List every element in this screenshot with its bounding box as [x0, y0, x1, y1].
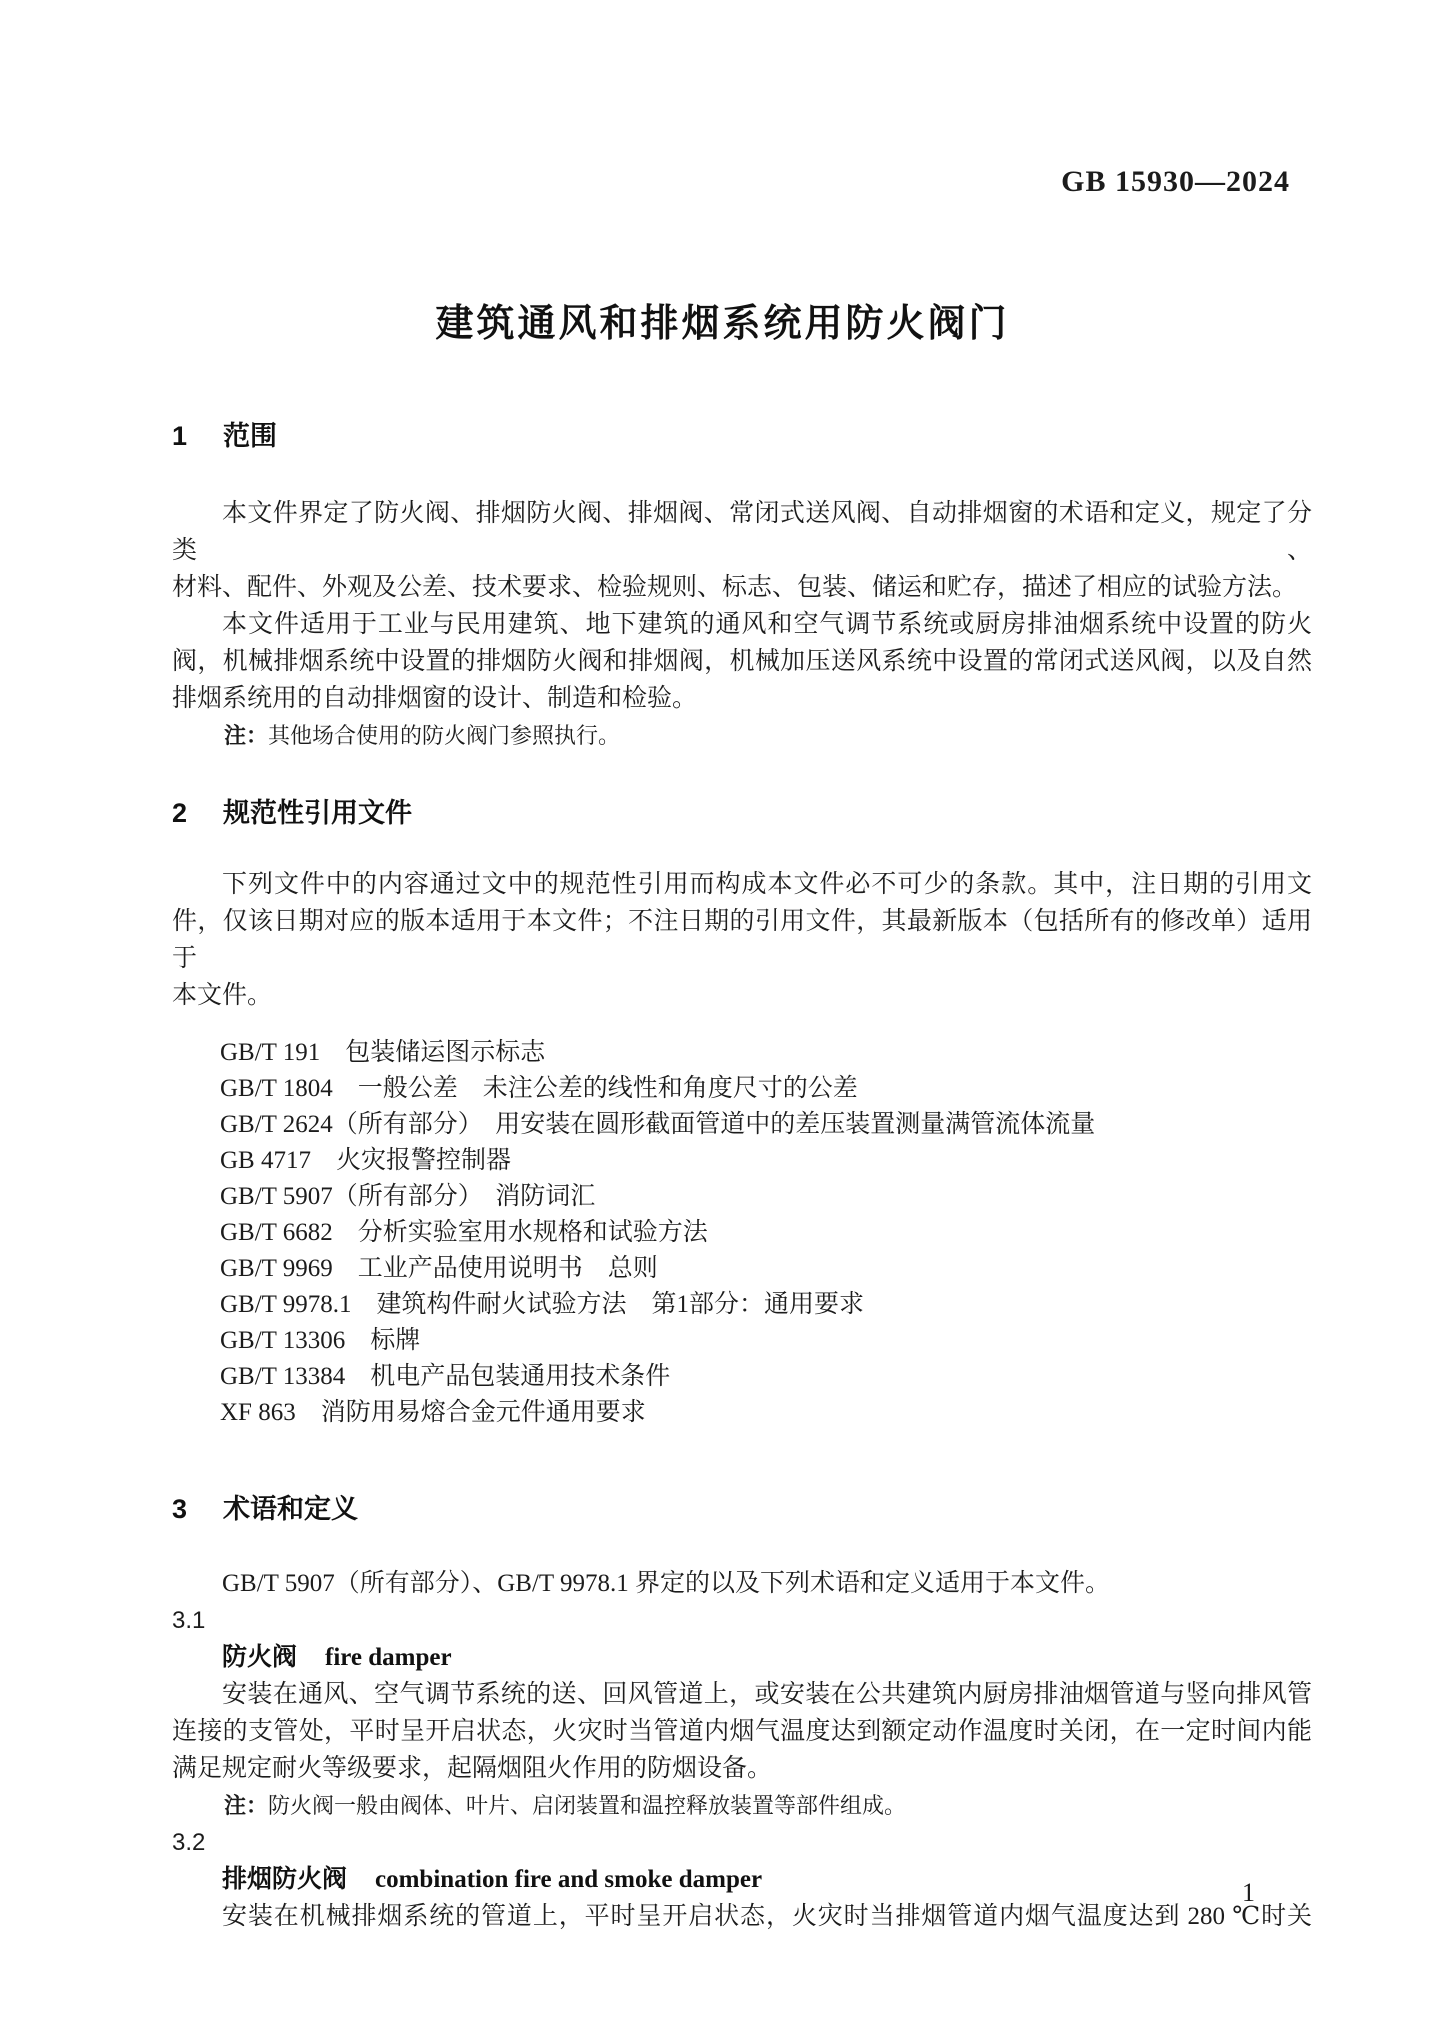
reference-item: XF 863 消防用易熔合金元件通用要求: [172, 1395, 1312, 1431]
clause-number: 3.1: [172, 1602, 1312, 1639]
term-name-en: fire damper: [325, 1644, 452, 1671]
reference-item: GB/T 6682 分析实验室用水规格和试验方法: [172, 1215, 1312, 1251]
terms-intro: GB/T 5907（所有部分）、GB/T 9978.1 界定的以及下列术语和定义…: [172, 1565, 1312, 1602]
section-3-title: 术语和定义: [223, 1494, 358, 1524]
term-heading: 排烟防火阀combination fire and smoke damper: [172, 1861, 1312, 1898]
document-body: 1范围 本文件界定了防火阀、排烟防火阀、排烟阀、常闭式送风阀、自动排烟窗的术语和…: [172, 417, 1312, 1935]
term-definition-line: 安装在机械排烟系统的管道上，平时呈开启状态，火灾时当排烟管道内烟气温度达到 28…: [172, 1898, 1312, 1935]
reference-item: GB/T 13384 机电产品包装通用技术条件: [172, 1359, 1312, 1395]
scope-paragraph-line: 本文件界定了防火阀、排烟防火阀、排烟阀、常闭式送风阀、自动排烟窗的术语和定义，规…: [172, 495, 1312, 569]
note-text: 其他场合使用的防火阀门参照执行。: [268, 723, 620, 748]
reference-item: GB/T 191 包装储运图示标志: [172, 1035, 1312, 1071]
section-2-heading: 2规范性引用文件: [172, 794, 1312, 832]
section-1-number: 1: [172, 417, 187, 455]
note-label: 注：: [224, 1793, 268, 1818]
scope-note: 注：其他场合使用的防火阀门参照执行。: [172, 717, 1312, 754]
section-1-heading: 1范围: [172, 417, 1312, 455]
note-label: 注：: [224, 723, 268, 748]
reference-item: GB/T 13306 标牌: [172, 1323, 1312, 1359]
reference-list: GB/T 191 包装储运图示标志 GB/T 1804 一般公差 未注公差的线性…: [172, 1035, 1312, 1431]
term-name-zh: 排烟防火阀: [222, 1865, 347, 1893]
section-3-number: 3: [172, 1490, 187, 1528]
reference-item: GB/T 9969 工业产品使用说明书 总则: [172, 1251, 1312, 1287]
reference-item: GB 4717 火灾报警控制器: [172, 1143, 1312, 1179]
reference-item: GB/T 9978.1 建筑构件耐火试验方法 第1部分：通用要求: [172, 1287, 1312, 1323]
reference-item: GB/T 1804 一般公差 未注公差的线性和角度尺寸的公差: [172, 1071, 1312, 1107]
term-name-zh: 防火阀: [222, 1643, 297, 1671]
document-title: 建筑通风和排烟系统用防火阀门: [0, 300, 1445, 348]
references-intro-line: 件，仅该日期对应的版本适用于本文件；不注日期的引用文件，其最新版本（包括所有的修…: [172, 903, 1312, 977]
term-heading: 防火阀fire damper: [172, 1639, 1312, 1676]
reference-item: GB/T 5907（所有部分） 消防词汇: [172, 1179, 1312, 1215]
scope-paragraph-line: 阀，机械排烟系统中设置的排烟防火阀和排烟阀，机械加压送风系统中设置的常闭式送风阀…: [172, 643, 1312, 680]
section-3-heading: 3术语和定义: [172, 1490, 1312, 1528]
section-1-title: 范围: [223, 421, 277, 451]
clause-number: 3.2: [172, 1824, 1312, 1861]
section-2-title: 规范性引用文件: [223, 798, 412, 828]
note-text: 防火阀一般由阀体、叶片、启闭装置和温控释放装置等部件组成。: [268, 1793, 906, 1818]
references-intro-line: 本文件。: [172, 977, 1312, 1014]
term-note: 注：防火阀一般由阀体、叶片、启闭装置和温控释放装置等部件组成。: [172, 1787, 1312, 1824]
reference-item: GB/T 2624（所有部分） 用安装在圆形截面管道中的差压装置测量满管流体流量: [172, 1107, 1312, 1143]
term-name-en: combination fire and smoke damper: [375, 1866, 762, 1893]
standard-number: GB 15930—2024: [1061, 166, 1290, 198]
term-definition-line: 连接的支管处，平时呈开启状态，火灾时当管道内烟气温度达到额定动作温度时关闭，在一…: [172, 1713, 1312, 1750]
references-intro-line: 下列文件中的内容通过文中的规范性引用而构成本文件必不可少的条款。其中，注日期的引…: [172, 866, 1312, 903]
scope-paragraph-line: 排烟系统用的自动排烟窗的设计、制造和检验。: [172, 680, 1312, 717]
section-2-number: 2: [172, 794, 187, 832]
scope-paragraph-line: 材料、配件、外观及公差、技术要求、检验规则、标志、包装、储运和贮存，描述了相应的…: [172, 569, 1312, 606]
document-page: GB 15930—2024 建筑通风和排烟系统用防火阀门 1范围 本文件界定了防…: [0, 0, 1445, 2044]
scope-paragraph-line: 本文件适用于工业与民用建筑、地下建筑的通风和空气调节系统或厨房排油烟系统中设置的…: [172, 606, 1312, 643]
page-number: 1: [1242, 1875, 1255, 1911]
term-definition-line: 安装在通风、空气调节系统的送、回风管道上，或安装在公共建筑内厨房排油烟管道与竖向…: [172, 1676, 1312, 1713]
term-definition-line: 满足规定耐火等级要求，起隔烟阻火作用的防烟设备。: [172, 1750, 1312, 1787]
